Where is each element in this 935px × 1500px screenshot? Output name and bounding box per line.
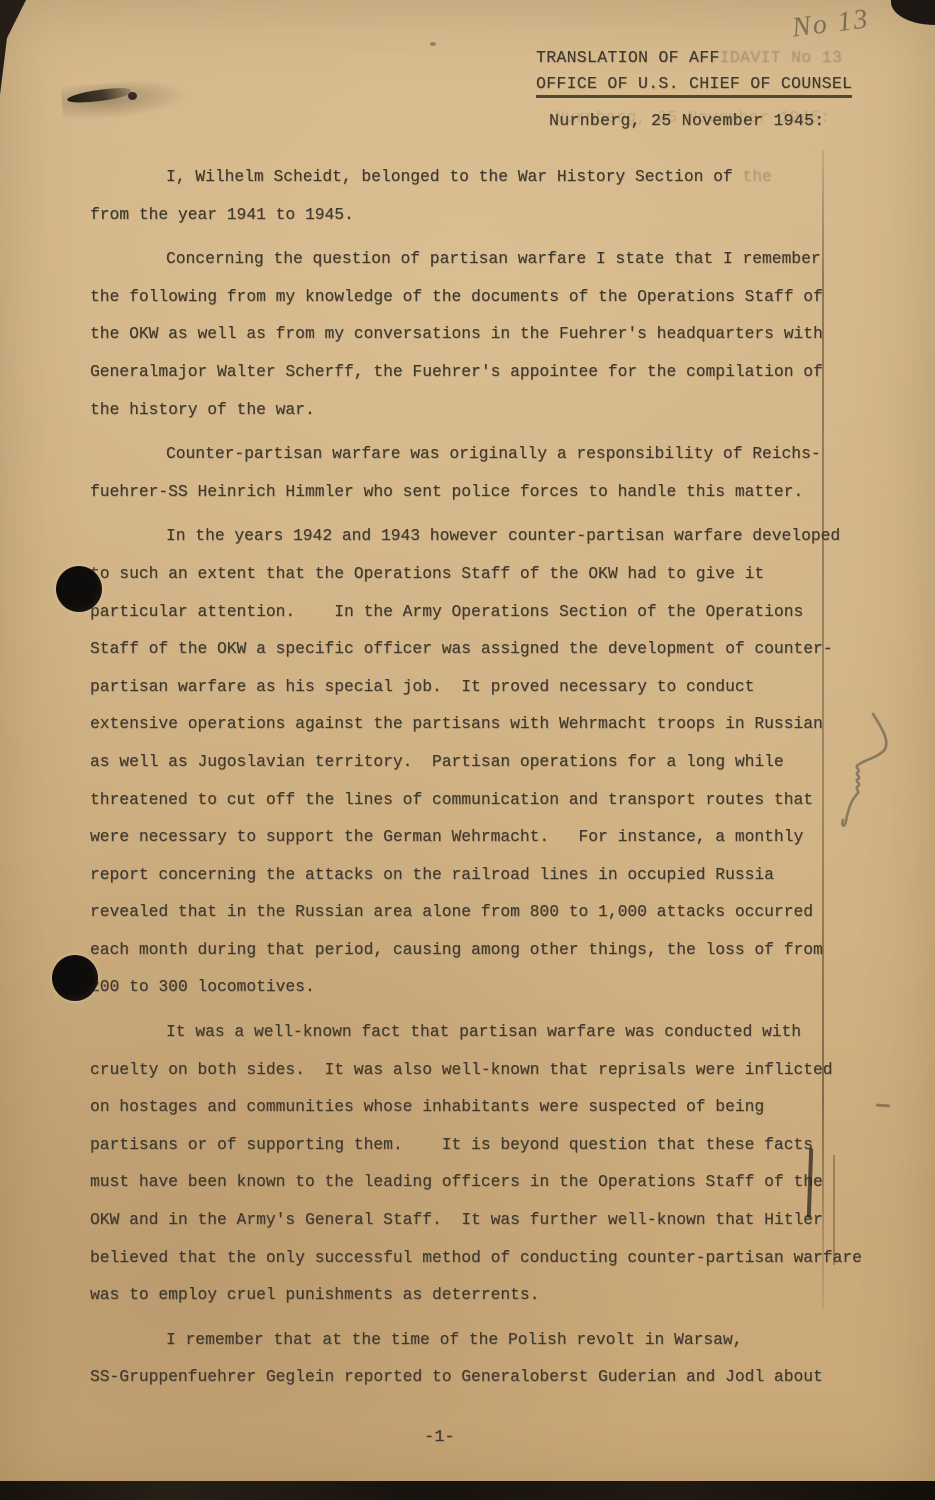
body-line: OKW and in the Army's General Staff. It … (90, 1201, 852, 1239)
document-body: I, Wilhelm Scheidt, belonged to the War … (90, 158, 852, 1403)
body-line: must have been known to the leading offi… (90, 1163, 852, 1201)
header-title-faded: IDAVIT No 13 (720, 48, 842, 67)
body-line: cruelty on both sides. It was also well-… (90, 1051, 852, 1089)
header-office-text: OFFICE OF U.S. CHIEF OF COUNSEL (536, 74, 852, 98)
body-line: report concerning the attacks on the rai… (90, 856, 852, 894)
body-line: from the year 1941 to 1945. (90, 196, 852, 234)
crease-line-secondary (833, 1155, 835, 1265)
body-line: the following from my knowledge of the d… (90, 278, 852, 316)
page-number: -1- (424, 1428, 455, 1447)
body-line: SS-Gruppenfuehrer Geglein reported to Ge… (90, 1358, 852, 1396)
body-line: Counter-partisan warfare was originally … (90, 435, 852, 473)
body-line: partisans or of supporting them. It is b… (90, 1126, 852, 1164)
body-line: It was a well-known fact that partisan w… (90, 1013, 852, 1051)
hole-punch-top (56, 566, 102, 612)
body-line: the history of the war. (90, 391, 852, 429)
body-line: Staff of the OKW a specific officer was … (90, 630, 852, 668)
hole-punch-bottom (52, 955, 98, 1001)
document-page: { "colors": { "paper": "#cfb184", "ink":… (0, 0, 935, 1500)
body-line: each month during that period, causing a… (90, 931, 852, 969)
body-line: partisan warfare as his special job. It … (90, 668, 852, 706)
body-line: as well as Jugoslavian territory. Partis… (90, 743, 852, 781)
body-line: Concerning the question of partisan warf… (90, 240, 852, 278)
crease-line (822, 150, 824, 1310)
body-line: revealed that in the Russian area alone … (90, 893, 852, 931)
paragraph: I, Wilhelm Scheidt, belonged to the War … (90, 158, 852, 233)
body-line: threatened to cut off the lines of commu… (90, 781, 852, 819)
body-line: I, Wilhelm Scheidt, belonged to the War … (90, 158, 852, 196)
body-line: 200 to 300 locomotives. (90, 968, 852, 1006)
body-line: extensive operations against the partisa… (90, 705, 852, 743)
faded-text: the (742, 167, 771, 186)
body-line: particular attention. In the Army Operat… (90, 593, 852, 631)
header-title: TRANSLATION OF AFFIDAVIT No 13 (536, 48, 842, 67)
body-line: I remember that at the time of the Polis… (90, 1321, 852, 1359)
body-line: In the years 1942 and 1943 however count… (90, 517, 852, 555)
paragraph: It was a well-known fact that partisan w… (90, 1013, 852, 1314)
paragraph: In the years 1942 and 1943 however count… (90, 517, 852, 1006)
body-line: were necessary to support the German Weh… (90, 818, 852, 856)
pencil-squiggle-mark (835, 705, 907, 840)
paper-speck (430, 42, 436, 46)
header-office-line: OFFICE OF U.S. CHIEF OF COUNSEL (536, 74, 852, 98)
header-dateline: Nurnberg, 25 November 1945: (549, 111, 824, 130)
body-line: was to employ cruel punishments as deter… (90, 1276, 852, 1314)
body-line: to such an extent that the Operations St… (90, 555, 852, 593)
header-title-main: TRANSLATION OF AFF (536, 48, 720, 67)
scan-edge-bottom (0, 1481, 935, 1500)
body-line: the OKW as well as from my conversations… (90, 315, 852, 353)
body-line: fuehrer-SS Heinrich Himmler who sent pol… (90, 473, 852, 511)
paragraph: Counter-partisan warfare was originally … (90, 435, 852, 510)
ink-smudge-dot (128, 92, 137, 100)
paragraph: I remember that at the time of the Polis… (90, 1321, 852, 1396)
body-line: on hostages and communities whose inhabi… (90, 1088, 852, 1126)
body-line: believed that the only successful method… (90, 1239, 852, 1277)
body-line: Generalmajor Walter Scherff, the Fuehrer… (90, 353, 852, 391)
paragraph: Concerning the question of partisan warf… (90, 240, 852, 428)
